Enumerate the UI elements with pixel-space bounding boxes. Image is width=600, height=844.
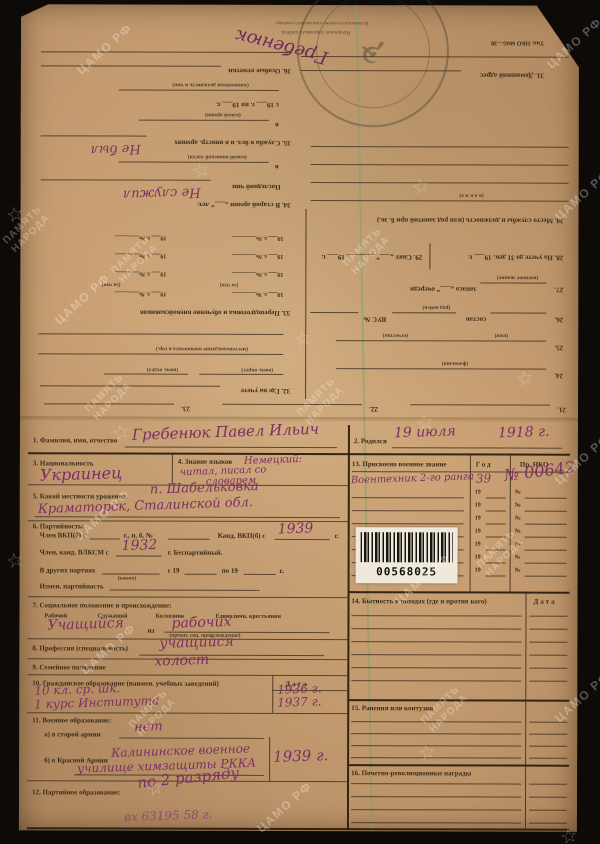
rule-line [125, 447, 337, 449]
rule-line [525, 498, 567, 499]
back-center-divider [305, 209, 306, 399]
rule-line [351, 721, 521, 722]
field-35-label: 35. Служба в бел. и в иностр. армиях [174, 138, 290, 147]
rule-line [486, 549, 506, 550]
rule-line [392, 447, 562, 448]
rule-line [185, 574, 217, 575]
field-9-label: 9. Семейное положение [32, 663, 106, 672]
rule-line [490, 313, 546, 314]
field-2-value-year: 1918 г. [498, 424, 550, 442]
field-34-lastrank: Последний чин [232, 182, 280, 191]
rank-row-year: 19 [475, 489, 481, 496]
rank-row-year: 19 [475, 567, 481, 574]
rank-row-year: 19 [475, 554, 481, 561]
stamp-title-line2: Калининского военно-химического училища [257, 19, 387, 25]
field-1-label: 1. Фамилия, имя, отчество [33, 436, 117, 445]
rule-line [41, 135, 147, 136]
rule-line [311, 164, 569, 166]
rule-line [352, 523, 464, 524]
rank-row-num: № [515, 516, 521, 523]
rule-line [529, 616, 567, 617]
field-6-bezpart: г. Беспартийный. [168, 549, 223, 558]
field-33-note: (за что) [102, 281, 120, 287]
field-31-label: 31. Домашний адрес [480, 71, 544, 80]
rank-row-num: № [515, 542, 521, 549]
rank-row-num: № [515, 490, 521, 497]
field-33-note: (за что) [220, 281, 238, 287]
rule-line [352, 510, 464, 511]
field-12-label: 12. Партийное образование: [32, 788, 120, 797]
rule-line [41, 179, 211, 180]
field-6-vkpb: Член ВКП(б) с [40, 531, 86, 540]
field-35-v: в [275, 121, 279, 129]
field-25-note-name: (имя) [495, 332, 509, 338]
rule-line [351, 654, 521, 655]
rule-line [41, 65, 221, 66]
column-divider [429, 243, 430, 269]
field-13-year-handwritten: 39 [476, 471, 492, 485]
field-35-note2: (занимаемая должность и чин) [172, 81, 249, 87]
rank-row-num: № [515, 555, 521, 562]
field-35-note: (какой армии) [205, 111, 241, 117]
field-34-label: 34. В старой армии „___“ лет. [198, 200, 291, 209]
field-24-label: 24. [554, 371, 563, 379]
retrain-row: 19___ г. №________ [115, 251, 167, 258]
field-10-date-divider [272, 675, 273, 713]
rule-line [529, 797, 567, 798]
field-1-value-handwritten: Гребенюк Павел Ильич [132, 420, 319, 444]
rule-line [311, 146, 569, 148]
rule-line [351, 628, 521, 629]
field-13-order-handwritten: № 00642 [503, 457, 576, 484]
field-6-change: Измен. партийность [40, 582, 104, 591]
field-14-date-header: Дата [534, 598, 557, 606]
rule-line [529, 758, 567, 759]
field-32-note-vmk: (местонахождение военкомата в гор.) [156, 345, 248, 351]
rule-line [486, 562, 506, 563]
rule-line [486, 575, 506, 576]
field-2-label: 2. Родился [354, 437, 387, 445]
rule-line [351, 757, 521, 758]
rank-row-num: № [515, 529, 521, 536]
field-6-g2: г. [280, 567, 284, 575]
section-border [349, 764, 569, 767]
rule-line [222, 404, 362, 405]
field-15-label: 15. Ранения или контузии [351, 704, 433, 713]
field-6-other-note: (каких) [118, 577, 137, 583]
field-6-vlksm-year-handwritten: 1932 [121, 537, 157, 554]
field-6-g1: г. [335, 532, 339, 540]
form-code: Тип. НКО 6045—38 [491, 38, 544, 45]
row-border [28, 596, 348, 598]
rule-line [351, 615, 521, 616]
field-13-rank-handwritten: Воентехник 2-го ранга [351, 471, 474, 486]
rule-line [119, 162, 269, 163]
barcode-bars [361, 532, 453, 562]
field-8-label: 8. Профессия (специальность) [32, 644, 128, 653]
rule-line [486, 523, 506, 524]
rank-row-year: 19 [475, 541, 481, 548]
rule-line [392, 312, 456, 313]
field-26-label: 26. [554, 315, 563, 323]
field-27-note: (военное звание) [497, 274, 538, 280]
field-22-label: 22. [369, 405, 378, 413]
field-28-label: 28. На учете до 31 дек. 19___ г. [468, 253, 563, 262]
section-border [350, 591, 570, 594]
rule-line [525, 550, 567, 551]
field-23-label: 23. [181, 404, 190, 412]
rule-line [244, 574, 276, 575]
retrain-row: 19___ г. №________ [115, 233, 167, 240]
rule-line [38, 333, 283, 335]
rule-line [102, 573, 160, 574]
field-32-note-okrug: (воен. округ) [241, 366, 273, 372]
incoming-number-handwritten: вх 63195 58 г. [124, 807, 213, 824]
field-7-origin-handwritten: рабочих [171, 614, 231, 632]
row-border [27, 674, 347, 676]
rule-line [351, 745, 521, 746]
rule-line [529, 629, 567, 630]
rule-line [44, 403, 174, 404]
retrain-row: 19___ г. №________ [115, 289, 167, 296]
rule-line [351, 809, 521, 810]
field-13-col-year: Год [476, 460, 493, 468]
date-column-divider [525, 700, 526, 765]
field-9-value-handwritten: холост [154, 652, 209, 670]
rule-line [529, 823, 567, 824]
rank-row-year: 19 [475, 515, 481, 522]
rule-line [119, 738, 264, 739]
rule-line [529, 746, 567, 747]
rule-line [41, 51, 291, 53]
rule-line [139, 120, 269, 121]
field-25-note-patronymic: (отчество) [383, 332, 408, 338]
field-11-old-army-value: нет [134, 719, 163, 735]
field-2-value-day: 19 июля [394, 423, 456, 441]
field-6-vlksm: Член, канд. ВЛКСМ с [40, 548, 109, 557]
field-32-note-otdel: (воен. отдел) [147, 366, 178, 372]
rule-line [351, 733, 521, 734]
rule-line [480, 282, 546, 283]
field-35-value-handwritten: Не был [91, 141, 141, 158]
archive-photo: 21. 22. 23. 24. (фамилия) 25. (имя) (отч… [0, 0, 600, 844]
rule-line [351, 783, 521, 784]
field-34-value-handwritten: Не служил [123, 184, 201, 202]
field-6-other-parties: В других партиях [40, 566, 96, 575]
field-27-text: запаса „___“ очереди [410, 285, 476, 294]
date-column-divider [525, 592, 526, 700]
field-26-sostav: состав [466, 315, 487, 323]
rule-line [310, 312, 358, 313]
field-6-to: по 19 [222, 567, 238, 575]
field-32-label: 32. Где на учете [241, 386, 290, 395]
rule-line [199, 374, 283, 375]
rule-line [119, 90, 279, 91]
field-25-label: 25. [554, 343, 563, 351]
rule-line [525, 563, 567, 564]
rank-row-num: № [515, 503, 521, 510]
field-8-value-handwritten: учащийся [159, 634, 234, 652]
field-21-label: 21. [557, 405, 566, 413]
field-10-row2-school: 1 курс Института [34, 693, 159, 711]
rule-line [275, 539, 330, 540]
field-divider [172, 454, 173, 485]
rule-line [40, 385, 220, 386]
field-6-from: с 19 [168, 567, 180, 575]
field-3-value-handwritten: Украинец [40, 463, 123, 485]
field-30-note: (к а к и х) [459, 192, 483, 198]
field-35-range: с 19___ г. по 19___ г. [216, 100, 279, 109]
rule-line [529, 722, 567, 723]
rule-line [525, 537, 567, 538]
rule-line [529, 668, 567, 669]
field-30-label: 30. Место службы и должность (или род за… [377, 216, 564, 225]
field-7-iz: из [147, 627, 154, 635]
field-26-note: (род войск) [422, 304, 450, 310]
field-16-label: 16. Почетно-революционные награды [351, 769, 471, 778]
field-11-date-divider [269, 737, 270, 781]
rule-line [529, 655, 567, 656]
rule-line [529, 810, 567, 811]
rank-row-year: 19 [475, 502, 481, 509]
rule-line [351, 822, 521, 823]
rule-line [104, 373, 188, 374]
rule-line [486, 497, 506, 498]
rule-line [529, 784, 567, 785]
field-14-label: 14. Бытность в походах (где и против ког… [352, 597, 487, 606]
field-13-label: 13. Присвоено военное звание [352, 460, 447, 469]
rule-line [311, 182, 569, 184]
bottom-border [27, 827, 569, 830]
field-26-vus: ВУС № [363, 315, 386, 323]
retrain-row: 19___ г. №________ [232, 252, 284, 259]
rank-row-year: 19 [475, 528, 481, 535]
rule-line [529, 734, 567, 735]
retrain-row: 19___ г. №________ [232, 234, 284, 241]
rule-line [35, 516, 340, 518]
rule-line [351, 796, 521, 797]
row-border [27, 712, 347, 714]
rule-line [351, 667, 521, 668]
rule-line [90, 538, 120, 539]
retrain-row: 19___ г. №________ [232, 270, 284, 277]
field-11-label: 11. Военное образование: [32, 716, 111, 725]
field-6-label: 6. Партийность: [33, 522, 84, 531]
field-7-value-handwritten: Учащийся [47, 615, 124, 633]
rule-line [352, 497, 464, 498]
rule-line [311, 200, 569, 202]
barcode-number: 00568025 [356, 565, 458, 578]
rule-line [38, 353, 283, 355]
rule-line [168, 539, 210, 540]
rule-line [336, 368, 546, 370]
front-side: 1. Фамилия, имя, отчество Гребенюк Павел… [19, 418, 578, 831]
field-24-note: (фамилия) [442, 360, 468, 366]
rule-line [351, 680, 521, 681]
barcode-label: 00568025 [356, 527, 458, 583]
field-27-label: 27. [555, 285, 564, 293]
rule-line [116, 556, 162, 557]
field-34-note: (какой воинской части) [188, 153, 247, 159]
field-11-date-value: 1939 г. [273, 746, 329, 766]
rule-line [351, 641, 521, 642]
field-29-label: 29. Снят „___“ ________ 19___ г. [321, 253, 422, 262]
field-36-label: 36. Особые отметки [228, 66, 291, 75]
rule-line [525, 576, 567, 577]
field-6-kand-year-handwritten: 1939 [277, 520, 313, 537]
record-card: 21. 22. 23. 24. (фамилия) 25. (имя) (отч… [19, 4, 579, 831]
field-10-row2-date: 1937 г. [277, 694, 322, 709]
date-column-divider [525, 765, 526, 829]
section-border [349, 699, 569, 702]
retrain-row: 19___ г. №________ [115, 269, 167, 276]
rule-line [525, 524, 567, 525]
field-34-v: в [275, 163, 279, 171]
rule-line [529, 681, 567, 682]
field-11-old-army-label: а) в старой армии [44, 730, 101, 739]
retrain-row: 19___ г. №________ [232, 290, 284, 297]
field-7-label: 7. Социальное положение и происхождение: [32, 601, 171, 610]
rule-line [410, 404, 550, 405]
field-6-kand: Канд. ВКП(б) с [218, 532, 266, 541]
back-side-rotated: 21. 22. 23. 24. (фамилия) 25. (имя) (отч… [20, 4, 579, 419]
rule-line [486, 536, 506, 537]
field-33-label: 33. Переподготовка и обучение вневойсков… [140, 308, 290, 317]
rule-line [529, 642, 567, 643]
rule-line [336, 340, 546, 342]
rule-line [486, 510, 506, 511]
rule-line [525, 511, 567, 512]
rule-line [110, 590, 260, 591]
rank-row-num: № [515, 568, 521, 575]
